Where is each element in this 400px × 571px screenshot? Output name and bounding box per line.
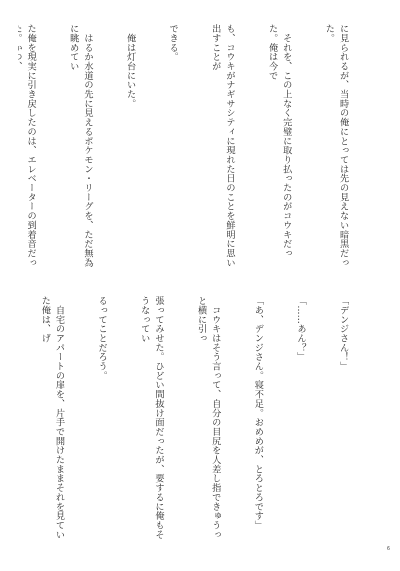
text-line: それを、この上なく完璧に取り払ったのがコウキだった。俺は今で: [264, 24, 292, 274]
dialogue-line: 「……あん？」: [293, 296, 307, 548]
dialogue-line: 「あ、デンジさん。寝不足。おめめが、とろとろです」: [250, 296, 264, 548]
text-line: 俺は灯台にいた。: [122, 24, 136, 274]
page-number: 6: [387, 546, 390, 552]
text-line: 自宅のアパートの扉を、片手で開けたままそれを見ていた俺は、げ: [37, 296, 65, 548]
text-line: 張ってみせた。ひどい間抜け面だったが、要するに俺もそうなってい: [137, 296, 165, 548]
text-line: も、コウキがナギサシティに現れた日のことを鮮明に思い出すことが: [208, 24, 236, 274]
text-block-top: に見られるが、当時の俺にとっては先の見えない暗黒だった。 それを、この上なく完璧…: [18, 24, 378, 274]
text-line: た俺を現実に引き戻したのは、エレベーターの到着音だった。かつ、: [18, 24, 37, 274]
text-line: できる。: [165, 24, 179, 274]
dialogue-line: 「デンジさん！」: [335, 296, 349, 548]
text-line: に見られるが、当時の俺にとっては先の見えない暗黒だった。: [321, 24, 349, 274]
text-line: はるか水道の先に見えるポケモン・リーグを、ただ無為に眺めてい: [66, 24, 94, 274]
text-line: るってことだろう。: [94, 296, 108, 548]
text-line: コウキはそう言って、自分の目尻を人差し指できゅうっと横に引っ: [193, 296, 221, 548]
text-block-bottom: 「デンジさん！」 「……あん？」 「あ、デンジさん。寝不足。おめめが、とろとろで…: [18, 296, 378, 548]
